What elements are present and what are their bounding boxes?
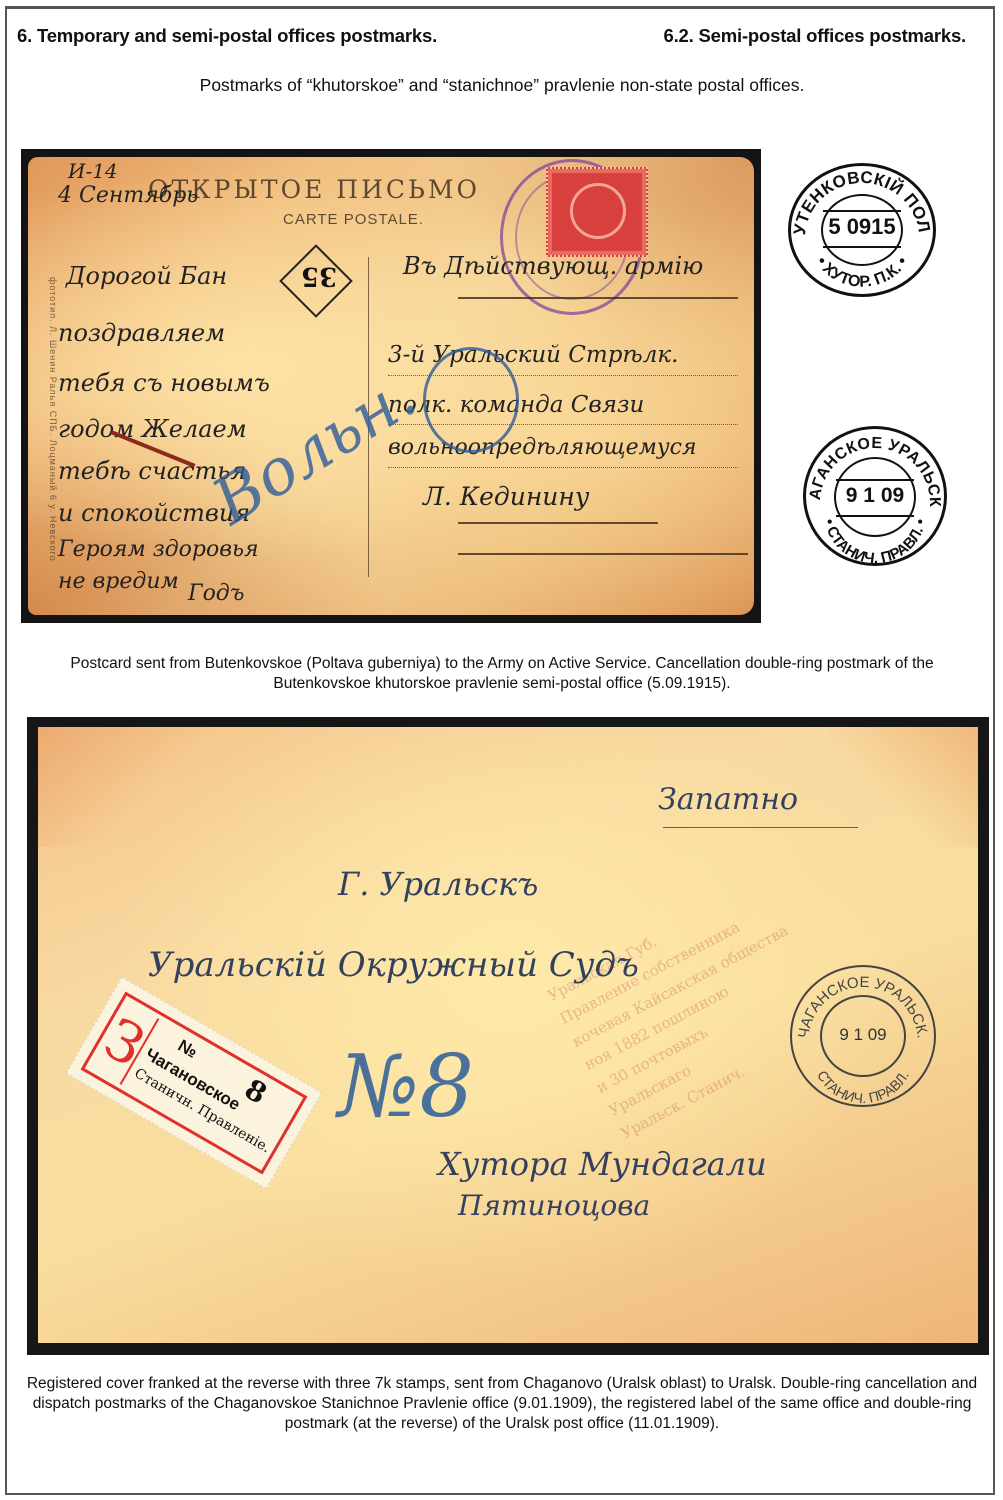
postage-stamp	[546, 167, 648, 257]
handwriting-date: 4 Сентябрь	[58, 183, 198, 208]
postmark-drawing-chaganskoe: ЧАГАНСКОЕ УРАЛЬСК. • СТАНИЧ. ПРАВЛ. • 9 …	[803, 426, 947, 566]
cover-postmark: ЧАГАНСКОЕ УРАЛЬСК. СТАНИЧ. ПРАВЛ. 9 1 09	[790, 965, 936, 1107]
postmark-date: 5 0915	[791, 214, 933, 240]
message-line: тебя съ новымъ	[58, 369, 270, 397]
cover-image: Уральская Губ. Правление собственника ко…	[27, 717, 989, 1355]
postcard-image: ОТКРЫТОЕ ПИСЬМО CARTE POSTALE. фототип. …	[21, 149, 761, 623]
message-line: поздравляем	[58, 319, 225, 347]
message-line: годом Желаем	[58, 415, 247, 443]
handwriting-sender: Хутора Мундагали	[438, 1145, 767, 1183]
section-title: 6. Temporary and semi-postal offices pos…	[17, 25, 437, 47]
message-line: не вредим	[58, 569, 179, 594]
handwriting-sender-2: Пятиноцова	[458, 1189, 650, 1222]
album-page: 6. Temporary and semi-postal offices pos…	[5, 6, 995, 1495]
page-subtitle: Postmarks of “khutorskoe” and “stanichno…	[7, 75, 997, 96]
message-line: Годъ	[188, 581, 244, 606]
cover-postmark-date: 9 1 09	[792, 1025, 934, 1045]
message-line: Героям здоровья	[58, 537, 259, 562]
address-line: Въ Дѣйствующ. армію	[403, 252, 703, 280]
postcard-side-imprint: фототип. Л. Шенин Ралья СПБ. Лоцманый 6 …	[48, 277, 58, 562]
postmark-drawing-butenkovskoe: БУТЕНКОВСКІЙ ПОЛТ. • ХУТОР. П.К. • 5 091…	[788, 163, 936, 297]
handwriting-address-city: Г. Уральскъ	[338, 865, 538, 903]
frame-number: 35	[297, 261, 341, 291]
subsection-title: 6.2. Semi-postal offices postmarks.	[664, 25, 966, 47]
postcard-caption: Postcard sent from Butenkovskoe (Poltava…	[7, 654, 997, 694]
address-line: 3-й Уральский Стрѣлк.	[388, 342, 678, 368]
registration-number: 8	[239, 1072, 272, 1110]
postcard-printed-subtitle: CARTE POSTALE.	[283, 211, 424, 228]
handwriting-top-right: Запатно	[658, 782, 798, 817]
registration-label: З № 8 Чагановское Станичн. Правленіе.	[66, 977, 323, 1190]
handwriting-ref: И-14	[68, 159, 118, 183]
address-line: вольноопредѣляющемуся	[388, 435, 697, 460]
address-line: Л. Кединину	[423, 482, 589, 511]
cover-caption: Registered cover franked at the reverse …	[7, 1374, 997, 1434]
blue-scrawl	[423, 347, 519, 453]
handwriting-blue-number: №8	[338, 1037, 474, 1137]
handwriting-address-recipient: Уральскій Окружный Судъ	[148, 945, 639, 985]
message-line: Дорогой Бан	[66, 262, 227, 290]
postmark-date: 9 1 09	[806, 484, 944, 508]
registration-number-label: №	[174, 1036, 200, 1063]
